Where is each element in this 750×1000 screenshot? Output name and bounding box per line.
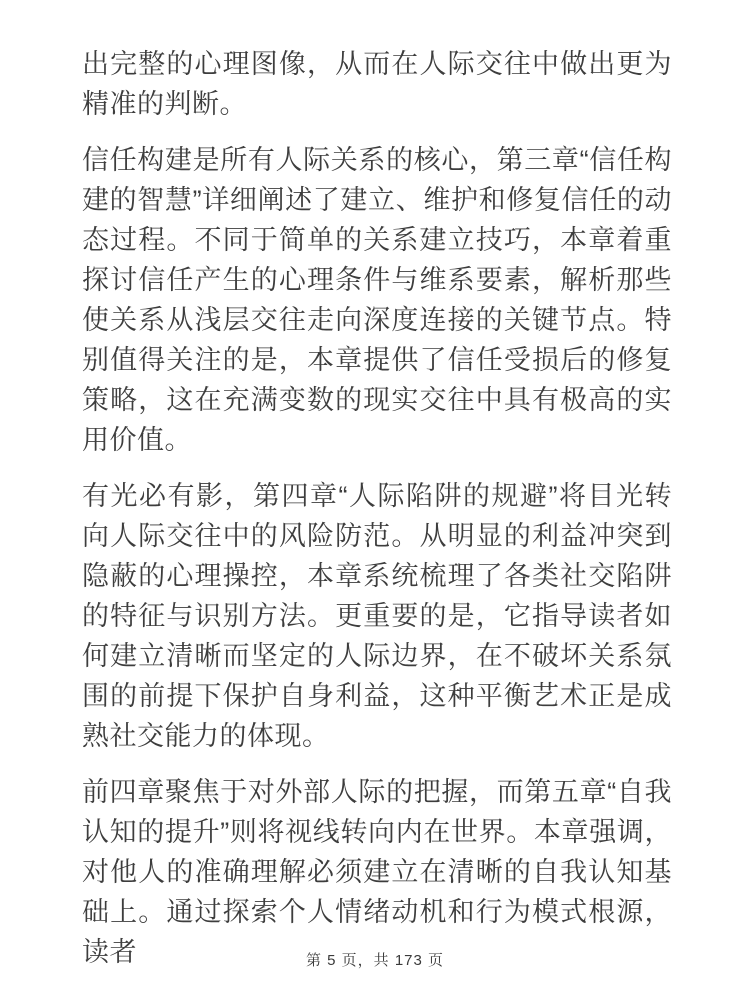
paragraph: 信任构建是所有人际关系的核心，第三章“信任构建的智慧”详细阐述了建立、维护和修复…: [82, 140, 672, 460]
paragraph: 前四章聚焦于对外部人际的把握，而第五章“自我认知的提升”则将视线转向内在世界。本…: [82, 772, 672, 972]
document-page: 出完整的心理图像，从而在人际交往中做出更为精准的判断。 信任构建是所有人际关系的…: [0, 0, 750, 1000]
paragraph: 出完整的心理图像，从而在人际交往中做出更为精准的判断。: [82, 44, 672, 124]
document-content: 出完整的心理图像，从而在人际交往中做出更为精准的判断。 信任构建是所有人际关系的…: [0, 0, 750, 988]
paragraph: 有光必有影，第四章“人际陷阱的规避”将目光转向人际交往中的风险防范。从明显的利益…: [82, 476, 672, 756]
page-footer: 第 5 页，共 173 页: [0, 949, 750, 970]
page-indicator: 第 5 页，共 173 页: [306, 952, 444, 969]
